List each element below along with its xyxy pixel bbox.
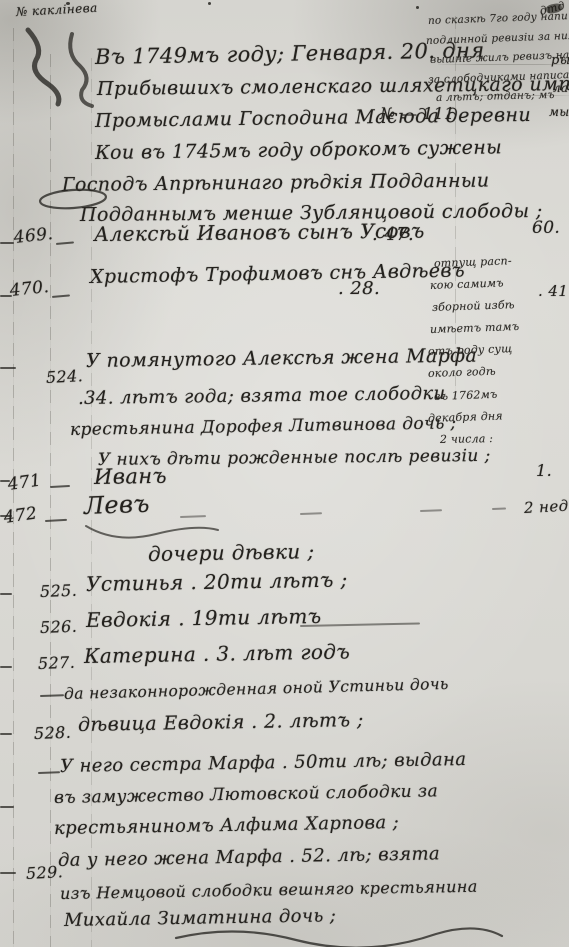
sister-line-2: въ замужество Лютовской слободки за [54, 783, 438, 808]
dash-stroke [0, 733, 12, 735]
dash-stroke [180, 515, 206, 518]
dash-stroke [56, 241, 74, 245]
age-value-469: . 47. [372, 226, 414, 245]
corner-label: № каклінева [16, 2, 98, 19]
dash-stroke [52, 294, 70, 298]
flourish-swash [82, 520, 222, 542]
dash-stroke [45, 519, 67, 522]
edge-fragment-3: ла [553, 82, 569, 95]
entry-number-527: 527. [38, 655, 76, 673]
entry-number-524: 524. [46, 368, 84, 387]
entry-number-469: 469. [13, 226, 54, 248]
flourish-underline [170, 920, 510, 946]
entry-529-line-2: изъ Немцовой слободки вешняго крестьянин… [60, 879, 478, 903]
entry-number-526: 526. [40, 619, 78, 637]
dash-stroke [38, 771, 60, 774]
dash-stroke [0, 593, 12, 595]
dash-stroke [50, 485, 70, 488]
dash-stroke [0, 242, 14, 244]
entry-text-472: Левъ [84, 492, 151, 519]
dash-stroke [0, 515, 12, 517]
dash-stroke [0, 872, 16, 874]
side-margin-note-line-2: кою самимъ [430, 277, 504, 291]
dash-stroke [492, 508, 506, 510]
side-margin-note-line-1: отпущ расп- [434, 255, 512, 269]
registry-number: № — 111 [380, 106, 455, 123]
dash-stroke [300, 512, 322, 515]
entry-text-525: Устинья . 20ти лѣтъ ; [86, 569, 348, 595]
dash-stroke [0, 367, 16, 369]
sister-line-3: крестьяниномъ Алфима Харпова ; [54, 814, 400, 839]
entry-524-line-3: крестьянина Дорофея Литвинова дочь ; [70, 415, 457, 440]
dash-stroke [40, 694, 64, 697]
daughters-heading: дочери дѣвки ; [148, 541, 315, 565]
sister-line-1: У него сестра Марфа . 50ти лѣ; выдана [60, 751, 467, 777]
dash-stroke [0, 480, 10, 482]
header-line-4: Кои въ 1745мъ году оброкомъ сужены [95, 138, 502, 164]
tally-value-469: 60. [532, 220, 560, 238]
entry-text-471: Иванъ [94, 465, 167, 488]
age-value-472: 2 нед [524, 499, 569, 517]
entry-text-526: Евдокія . 19ти лѣтъ [86, 606, 322, 631]
header-line-5: Господъ Апрѣнинаго рѣдкія Подданныи [62, 172, 490, 196]
entry-number-471: 471 [7, 472, 43, 494]
edge-fragment-2: ры [551, 54, 569, 68]
illegitimate-line: да незаконнорожденная оной Устиньи дочь [64, 676, 449, 702]
entry-524-line-1: У помянутого Алексѣя жена Марфа [86, 347, 477, 372]
entry-number-528: 528. [34, 725, 72, 743]
flourish-oval [36, 186, 110, 212]
scanned-manuscript-page: № каклінева Въ 1749мъ году; Генваря. 20.… [0, 0, 569, 947]
tally-value-470: . 41 [538, 284, 568, 300]
header-line-3: Промыслами Господина Масюда деревни [95, 106, 531, 132]
top-margin-note-line-2: подлинной ревизіи за ними [426, 30, 569, 47]
side-margin-note-line-4: имѣетъ тамъ [430, 321, 520, 336]
edge-fragment-4: мы [549, 106, 569, 119]
entry-text-470: Христофъ Трофимовъ снъ Авдѣевъ [90, 261, 465, 287]
side-margin-note-line-9: 2 числа : [440, 433, 493, 445]
ink-speck [208, 2, 211, 5]
age-value-471: 1. [536, 463, 552, 480]
entry-524-line-2: .34. лѣтъ года; взята тое слободки [78, 385, 446, 409]
entry-text-528: дѣвица Евдокія . 2. лѣтъ ; [78, 711, 364, 736]
dash-stroke [0, 806, 14, 808]
side-margin-note-line-6: около годѣ [428, 366, 496, 380]
side-margin-note-line-3: зборной избѣ [432, 299, 515, 313]
dash-stroke [0, 295, 12, 297]
entry-number-525: 525. [40, 583, 78, 601]
entry-text-527: Катерина . 3. лѣт годъ [84, 641, 350, 667]
entry-number-470: 470. [9, 279, 50, 301]
dash-stroke [420, 509, 442, 512]
entry-529-line-1: да у него жена Марфа . 52. лѣ; взята [58, 845, 440, 871]
ink-speck [416, 6, 419, 9]
ink-speck [66, 2, 70, 5]
dash-stroke [0, 666, 12, 668]
top-margin-note-line-5: а лѣтъ; отданъ; мъ [436, 90, 555, 104]
age-value-470: . 28. [338, 280, 380, 299]
